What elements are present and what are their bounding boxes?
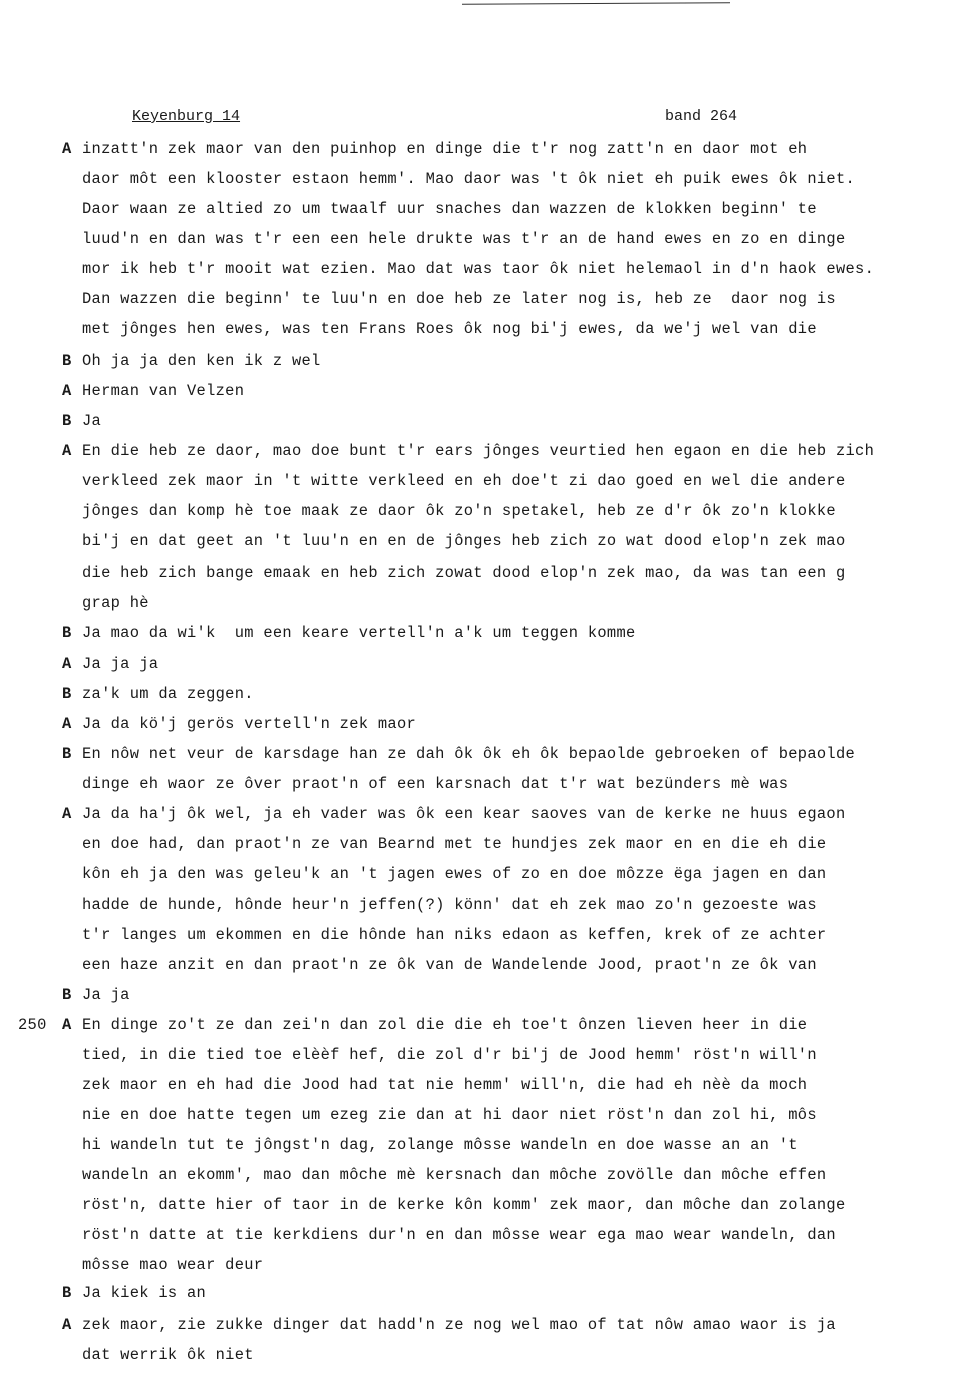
transcript-line: kôn eh ja den was geleu'k an 't jagen ew…	[0, 865, 973, 887]
transcript-line: 250AEn dinge zo't ze dan zei'n dan zol d…	[0, 1016, 973, 1038]
line-text: Ja da ha'j ôk wel, ja eh vader was ôk ee…	[82, 805, 846, 823]
tape-band-label: band 264	[665, 108, 737, 125]
line-text: röst'n datte at tie kerkdiens dur'n en d…	[82, 1226, 836, 1244]
line-text: mor ik heb t'r mooit wat ezien. Mao dat …	[82, 260, 874, 278]
line-text: bi'j en dat geet an 't luu'n en en de jô…	[82, 532, 846, 550]
transcript-line: BJa kiek is an	[0, 1284, 973, 1306]
transcript-line: wandeln an ekomm', mao dan môche mè kers…	[0, 1166, 973, 1188]
speaker-label: B	[62, 624, 72, 642]
line-text: röst'n, datte hier of taor in de kerke k…	[82, 1196, 846, 1214]
page-header: Keyenburg 14 band 264	[0, 108, 973, 130]
transcript-line: röst'n datte at tie kerkdiens dur'n en d…	[0, 1226, 973, 1248]
speaker-label: A	[62, 715, 72, 733]
transcript-line: röst'n, datte hier of taor in de kerke k…	[0, 1196, 973, 1218]
transcript-line: met jônges hen ewes, was ten Frans Roes …	[0, 320, 973, 342]
speaker-label: B	[62, 685, 72, 703]
transcript-line: luud'n en dan was t'r een een hele drukt…	[0, 230, 973, 252]
line-text: jônges dan komp hè toe maak ze daor ôk z…	[82, 502, 836, 520]
transcript-line: Bza'k um da zeggen.	[0, 685, 973, 707]
line-text: en doe had, dan praot'n ze van Bearnd me…	[82, 835, 826, 853]
line-text: kôn eh ja den was geleu'k an 't jagen ew…	[82, 865, 826, 883]
speaker-label: A	[62, 140, 72, 158]
transcript-line: hi wandeln tut te jôngst'n dag, zolange …	[0, 1136, 973, 1158]
transcript-line: zek maor en eh had die Jood had tat nie …	[0, 1076, 973, 1098]
line-text: Oh ja ja den ken ik z wel	[82, 352, 321, 370]
transcript-line: dat werrik ôk niet	[0, 1346, 973, 1368]
speaker-label: A	[62, 655, 72, 673]
line-text: luud'n en dan was t'r een een hele drukt…	[82, 230, 846, 248]
line-text: grap hè	[82, 594, 149, 612]
speaker-label: A	[62, 442, 72, 460]
line-text: En die heb ze daor, mao doe bunt t'r ear…	[82, 442, 874, 460]
transcript-line: Daor waan ze altied zo um twaalf uur sna…	[0, 200, 973, 222]
line-text: wandeln an ekomm', mao dan môche mè kers…	[82, 1166, 826, 1184]
transcript-line: BEn nôw net veur de karsdage han ze dah …	[0, 745, 973, 767]
transcript-line: BJa ja	[0, 986, 973, 1008]
transcript-line: en doe had, dan praot'n ze van Bearnd me…	[0, 835, 973, 857]
line-text: daor môt een klooster estaon hemm'. Mao …	[82, 170, 855, 188]
line-text: verkleed zek maor in 't witte verkleed e…	[82, 472, 846, 490]
line-text: En dinge zo't ze dan zei'n dan zol die d…	[82, 1016, 807, 1034]
line-text: Ja da kö'j gerös vertell'n zek maor	[82, 715, 416, 733]
line-text: Ja ja ja	[82, 655, 158, 673]
transcript-line: grap hè	[0, 594, 973, 616]
line-text: Ja kiek is an	[82, 1284, 206, 1302]
line-text: môsse mao wear deur	[82, 1256, 263, 1274]
transcript-line: mor ik heb t'r mooit wat ezien. Mao dat …	[0, 260, 973, 282]
line-text: dat werrik ôk niet	[82, 1346, 254, 1364]
line-text: zek maor, zie zukke dinger dat hadd'n ze…	[82, 1316, 836, 1334]
line-text: die heb zich bange emaak en heb zich zow…	[82, 564, 846, 582]
transcript-line: daor môt een klooster estaon hemm'. Mao …	[0, 170, 973, 192]
transcript-line: bi'j en dat geet an 't luu'n en en de jô…	[0, 532, 973, 554]
location-title: Keyenburg 14	[132, 108, 240, 125]
transcript-line: AHerman van Velzen	[0, 382, 973, 404]
transcript-line: verkleed zek maor in 't witte verkleed e…	[0, 472, 973, 494]
transcript-line: Dan wazzen die beginn' te luu'n en doe h…	[0, 290, 973, 312]
line-text: Dan wazzen die beginn' te luu'n en doe h…	[82, 290, 836, 308]
transcript-line: die heb zich bange emaak en heb zich zow…	[0, 564, 973, 586]
line-text: een haze anzit en dan praot'n ze ôk van …	[82, 956, 817, 974]
transcript-line: AJa da ha'j ôk wel, ja eh vader was ôk e…	[0, 805, 973, 827]
line-text: Ja ja	[82, 986, 130, 1004]
transcript-line: hadde de hunde, hônde heur'n jeffen(?) k…	[0, 896, 973, 918]
speaker-label: B	[62, 986, 72, 1004]
line-text: Daor waan ze altied zo um twaalf uur sna…	[82, 200, 817, 218]
transcript-line: een haze anzit en dan praot'n ze ôk van …	[0, 956, 973, 978]
speaker-label: B	[62, 352, 72, 370]
transcript-line: t'r langes um ekommen en die hônde han n…	[0, 926, 973, 948]
transcript-line: BOh ja ja den ken ik z wel	[0, 352, 973, 374]
transcript-line: nie en doe hatte tegen um ezeg zie dan a…	[0, 1106, 973, 1128]
speaker-label: A	[62, 805, 72, 823]
speaker-label: B	[62, 745, 72, 763]
transcript-line: AEn die heb ze daor, mao doe bunt t'r ea…	[0, 442, 973, 464]
page-edge-line	[462, 2, 730, 4]
line-text: hi wandeln tut te jôngst'n dag, zolange …	[82, 1136, 798, 1154]
transcript-line: jônges dan komp hè toe maak ze daor ôk z…	[0, 502, 973, 524]
line-text: Ja mao da wi'k um een keare vertell'n a'…	[82, 624, 636, 642]
line-text: En nôw net veur de karsdage han ze dah ô…	[82, 745, 855, 763]
transcript-line: BJa mao da wi'k um een keare vertell'n a…	[0, 624, 973, 646]
line-text: Ja	[82, 412, 101, 430]
transcript-line: Ainzatt'n zek maor van den puinhop en di…	[0, 140, 973, 162]
transcript-line: tied, in die tied toe elèèf hef, die zol…	[0, 1046, 973, 1068]
transcript-line: môsse mao wear deur	[0, 1256, 973, 1278]
transcript-line: BJa	[0, 412, 973, 434]
line-text: dinge eh waor ze ôver praot'n of een kar…	[82, 775, 788, 793]
line-text: t'r langes um ekommen en die hônde han n…	[82, 926, 826, 944]
line-number: 250	[18, 1016, 47, 1034]
line-text: inzatt'n zek maor van den puinhop en din…	[82, 140, 807, 158]
line-text: za'k um da zeggen.	[82, 685, 254, 703]
speaker-label: A	[62, 382, 72, 400]
transcript-line: Azek maor, zie zukke dinger dat hadd'n z…	[0, 1316, 973, 1338]
line-text: nie en doe hatte tegen um ezeg zie dan a…	[82, 1106, 817, 1124]
speaker-label: B	[62, 1284, 72, 1302]
transcript-line: AJa ja ja	[0, 655, 973, 677]
line-text: zek maor en eh had die Jood had tat nie …	[82, 1076, 807, 1094]
speaker-label: B	[62, 412, 72, 430]
transcript-line: AJa da kö'j gerös vertell'n zek maor	[0, 715, 973, 737]
line-text: met jônges hen ewes, was ten Frans Roes …	[82, 320, 817, 338]
speaker-label: A	[62, 1016, 72, 1034]
speaker-label: A	[62, 1316, 72, 1334]
line-text: hadde de hunde, hônde heur'n jeffen(?) k…	[82, 896, 817, 914]
line-text: Herman van Velzen	[82, 382, 244, 400]
transcript-line: dinge eh waor ze ôver praot'n of een kar…	[0, 775, 973, 797]
line-text: tied, in die tied toe elèèf hef, die zol…	[82, 1046, 817, 1064]
